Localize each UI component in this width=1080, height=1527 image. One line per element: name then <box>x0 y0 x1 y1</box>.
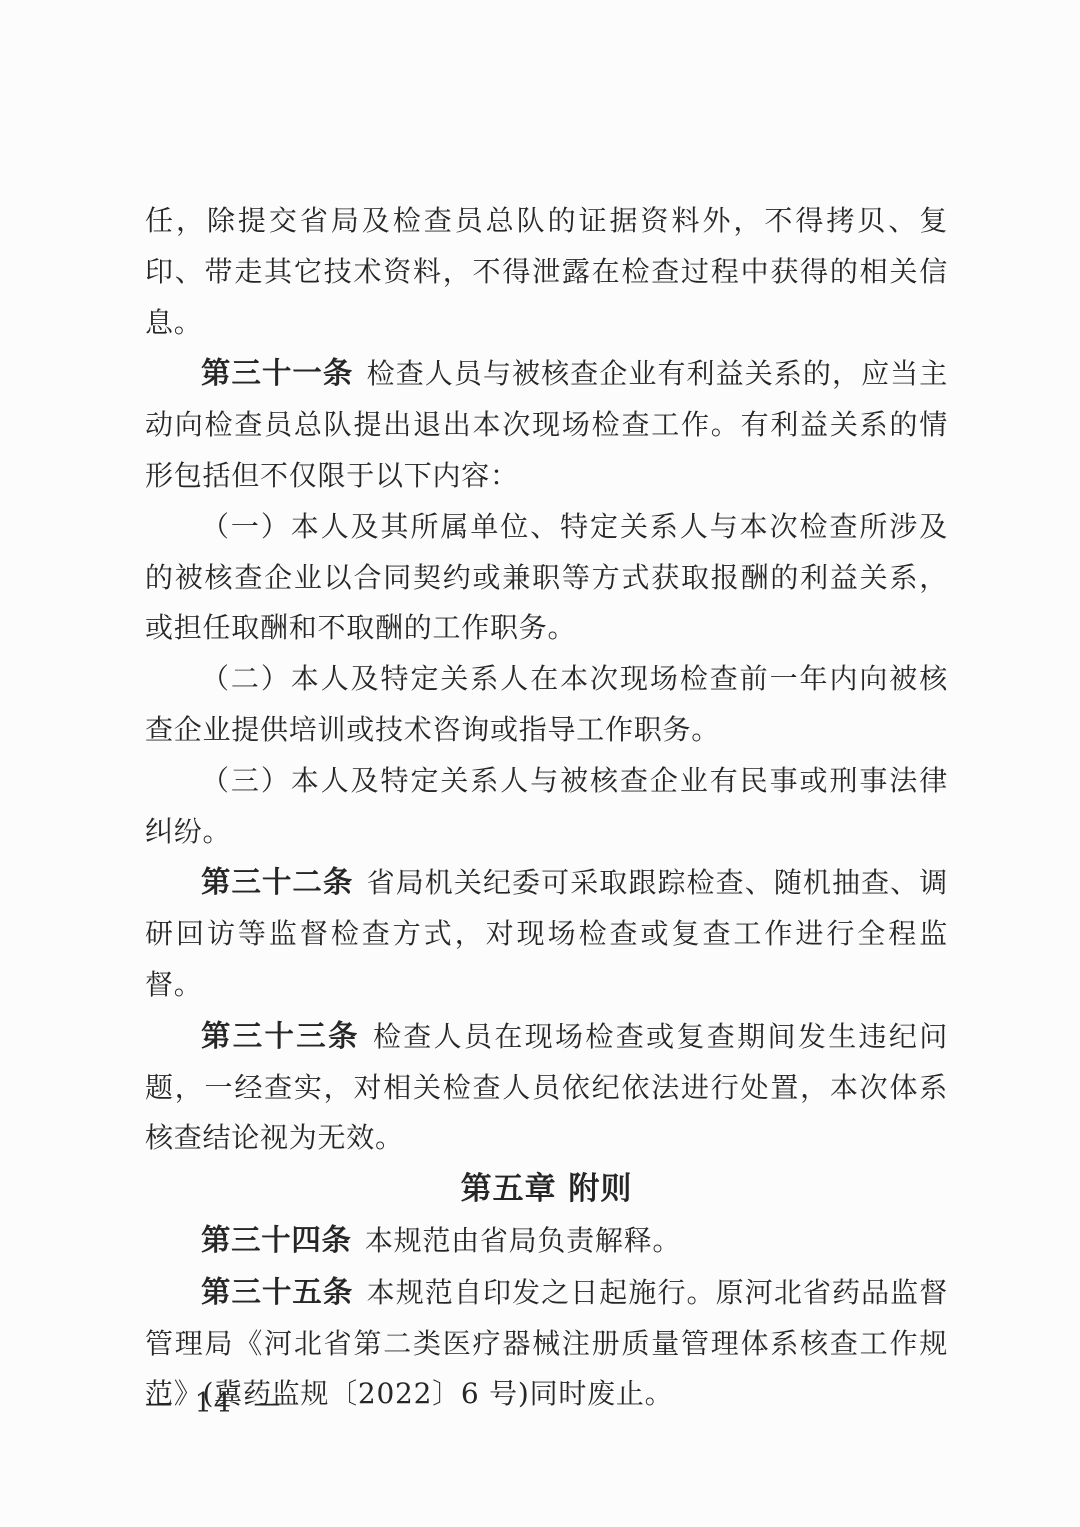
paragraph-text: （一）本人及其所属单位、特定关系人与本次检查所涉及的被核查企业以合同契约或兼职等… <box>145 510 948 645</box>
paragraph-item-1: （一）本人及其所属单位、特定关系人与本次检查所涉及的被核查企业以合同契约或兼职等… <box>145 502 948 654</box>
page-footer: — 14 — <box>145 1387 283 1421</box>
paragraph-article-33: 第三十三条检查人员在现场检查或复查期间发生违纪问题，一经查实，对相关检查人员依纪… <box>145 1011 948 1164</box>
paragraph-text: 任，除提交省局及检查员总队的证据资料外，不得拷贝、复印、带走其它技术资料，不得泄… <box>145 204 948 339</box>
article-number-32: 第三十二条 <box>201 865 353 899</box>
paragraph-article-34: 第三十四条本规范由省局负责解释。 <box>145 1215 948 1267</box>
document-page: 任，除提交省局及检查员总队的证据资料外，不得拷贝、复印、带走其它技术资料，不得泄… <box>0 0 1080 1527</box>
article-number-33: 第三十三条 <box>201 1019 360 1053</box>
article-number-34: 第三十四条 <box>201 1223 352 1257</box>
paragraph-item-2: （二）本人及特定关系人在本次现场检查前一年内向被核查企业提供培训或技术咨询或指导… <box>145 654 948 756</box>
paragraph-item-3: （三）本人及特定关系人与被核查企业有民事或刑事法律纠纷。 <box>145 756 948 858</box>
paragraph-text: （二）本人及特定关系人在本次现场检查前一年内向被核查企业提供培训或技术咨询或指导… <box>145 662 948 746</box>
paragraph-text: 本规范由省局负责解释。 <box>365 1224 681 1257</box>
document-body: 任，除提交省局及检查员总队的证据资料外，不得拷贝、复印、带走其它技术资料，不得泄… <box>145 196 948 1420</box>
article-number-31: 第三十一条 <box>201 356 353 390</box>
paragraph-text: （三）本人及特定关系人与被核查企业有民事或刑事法律纠纷。 <box>145 764 948 848</box>
paragraph-continuation: 任，除提交省局及检查员总队的证据资料外，不得拷贝、复印、带走其它技术资料，不得泄… <box>145 196 948 348</box>
chapter-heading: 第五章 附则 <box>145 1164 948 1215</box>
article-number-35: 第三十五条 <box>201 1275 353 1309</box>
paragraph-article-32: 第三十二条省局机关纪委可采取跟踪检查、随机抽查、调研回访等监督检查方式，对现场检… <box>145 857 948 1010</box>
page-number: — 14 — <box>145 1388 283 1419</box>
paragraph-article-31: 第三十一条检查人员与被核查企业有利益关系的，应当主动向检查员总队提出退出本次现场… <box>145 348 948 501</box>
